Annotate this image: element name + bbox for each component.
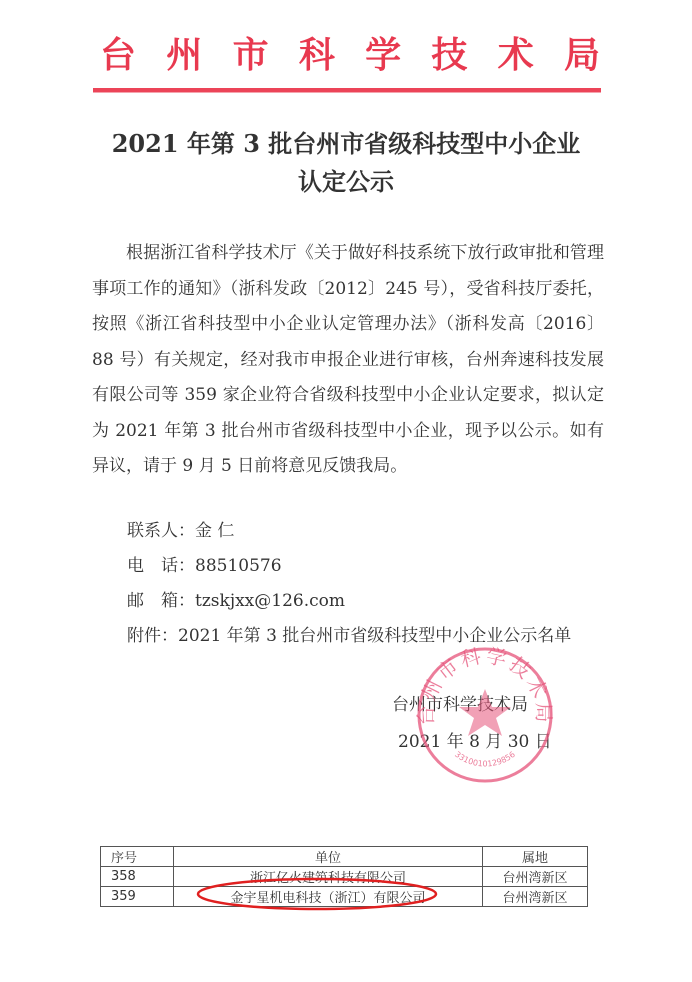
letterhead: 台 州 市 科 学 技 术 局: [100, 30, 600, 80]
letterhead-char: 术: [498, 30, 534, 80]
phone-line: 电 话：88510576: [127, 554, 282, 578]
attachment-value: 2021 年第 3 批台州市省级科技型中小企业公示名单: [178, 626, 571, 646]
table-row: 358 浙江亿火建筑科技有限公司 台州湾新区: [101, 867, 588, 887]
cell-unit: 浙江亿火建筑科技有限公司: [174, 867, 483, 887]
attachment-line: 附件：2021 年第 3 批台州市省级科技型中小企业公示名单: [127, 624, 571, 648]
enterprise-table: 序号 单位 属地 358 浙江亿火建筑科技有限公司 台州湾新区 359 金宇星机…: [100, 846, 588, 907]
red-divider-shadow: [93, 92, 601, 93]
email-line: 邮 箱：tzskjxx@126.com: [127, 589, 345, 613]
doc-title-line2: 认定公示: [60, 166, 632, 198]
cell-region: 台州湾新区: [483, 887, 588, 907]
attachment-label: 附件：: [127, 626, 178, 646]
letterhead-char: 州: [166, 30, 202, 80]
email-value: tzskjxx@126.com: [195, 591, 345, 611]
contact-label: 联系人：: [127, 521, 195, 541]
letterhead-char: 技: [431, 30, 467, 80]
letterhead-char: 台: [100, 30, 136, 80]
signature-date: 2021 年 8 月 30 日: [398, 730, 552, 754]
email-label: 邮 箱：: [127, 591, 195, 611]
letterhead-char: 学: [365, 30, 401, 80]
body-paragraph: 根据浙江省科学技术厅《关于做好科技系统下放行政审批和管理事项工作的通知》（浙科发…: [92, 236, 604, 485]
cell-seq: 358: [101, 867, 174, 887]
letterhead-char: 科: [299, 30, 335, 80]
header-unit: 单位: [174, 847, 483, 867]
signature-org: 台州市科学技术局: [392, 693, 528, 717]
cell-seq: 359: [101, 887, 174, 907]
contact-value: 金 仁: [195, 521, 234, 541]
letterhead-char: 市: [233, 30, 269, 80]
phone-value: 88510576: [195, 556, 282, 576]
contact-line: 联系人：金 仁: [127, 519, 234, 543]
table-row-highlighted: 359 金宇星机电科技（浙江）有限公司 台州湾新区: [101, 887, 588, 907]
header-seq: 序号: [101, 847, 174, 867]
doc-title-line1: 2021 年第 3 批台州市省级科技型中小企业: [60, 128, 632, 160]
letterhead-char: 局: [564, 30, 600, 80]
cell-region: 台州湾新区: [483, 867, 588, 887]
phone-label: 电 话：: [127, 556, 195, 576]
table-header-row: 序号 单位 属地: [101, 847, 588, 867]
cell-unit: 金宇星机电科技（浙江）有限公司: [174, 887, 483, 907]
header-region: 属地: [483, 847, 588, 867]
